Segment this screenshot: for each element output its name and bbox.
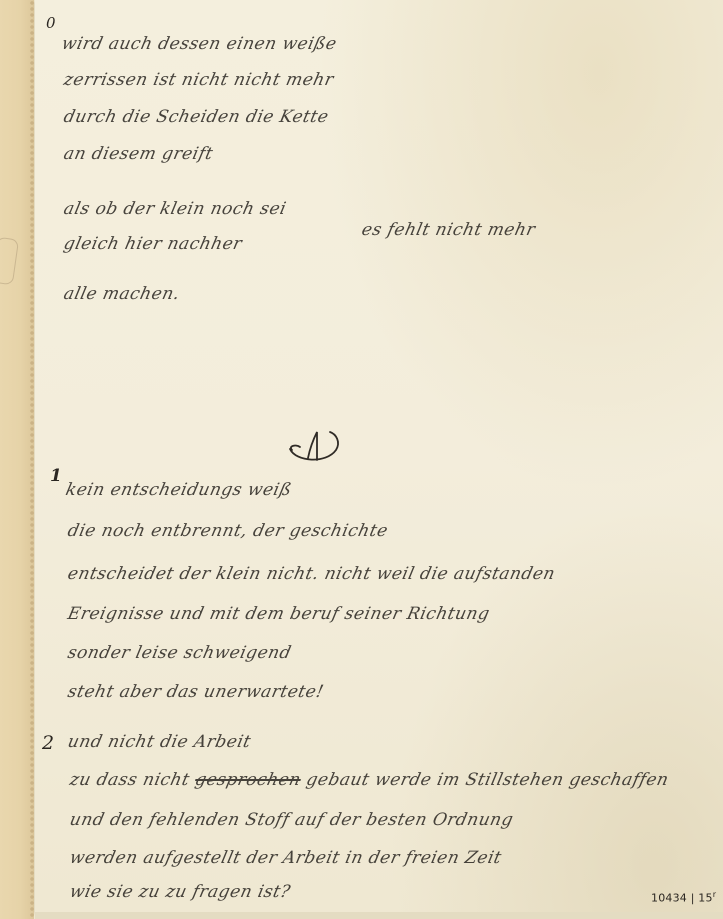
section-0-line-4: an diesem greift	[62, 144, 215, 164]
section-0-line-3: durch die Scheiden die Kette	[62, 107, 331, 127]
section-0-line-2: zerrissen ist nicht nicht mehr	[62, 70, 336, 90]
section-0-line-1: wird auch dessen einen weiße	[60, 34, 339, 54]
page-bottom-edge	[35, 912, 723, 919]
section-2-number: 2	[42, 732, 54, 754]
section-2-line-2-after: gebaut werde im Stillstehen geschaffen	[304, 770, 670, 790]
section-1-line-2: die noch entbrennt, der geschichte	[66, 521, 390, 541]
section-0-line-6: gleich hier nachher	[62, 234, 244, 254]
section-0-line-7: alle machen.	[62, 284, 182, 304]
section-2-line-4: werden aufgestellt der Arbeit in der fre…	[68, 848, 504, 868]
archive-reference: 10434 | 15r	[651, 890, 716, 905]
section-2-line-3: und den fehlenden Stoff auf der besten O…	[68, 810, 515, 830]
stub-mark	[0, 237, 19, 286]
section-2-line-2-before: zu dass nicht	[68, 770, 192, 790]
section-2-line-5: wie sie zu zu fragen ist?	[68, 882, 292, 902]
section-1-marker-icon	[286, 428, 342, 466]
section-0-margin-note: es fehlt nicht mehr	[360, 220, 537, 240]
section-1-line-3: entscheidet der klein nicht. nicht weil …	[66, 564, 557, 584]
struck-word: gesprochen	[193, 770, 303, 790]
section-1-line-1: kein entscheidungs weiß	[64, 480, 294, 500]
section-1-line-5: sonder leise schweigend	[66, 643, 293, 663]
section-0-number: 0	[46, 14, 56, 32]
section-0-line-5: als ob der klein noch sei	[62, 199, 288, 219]
section-2-line-2: zu dass nicht gesprochen gebaut werde im…	[68, 770, 671, 790]
section-1-line-4: Ereignisse und mit dem beruf seiner Rich…	[66, 604, 492, 624]
section-2-line-1: und nicht die Arbeit	[66, 732, 253, 752]
archive-reference-suffix: r	[713, 890, 717, 899]
section-1-line-6: steht aber das unerwartete!	[66, 682, 326, 702]
archive-reference-main: 10434 | 15	[651, 892, 713, 905]
section-1-number: 1	[50, 466, 62, 486]
